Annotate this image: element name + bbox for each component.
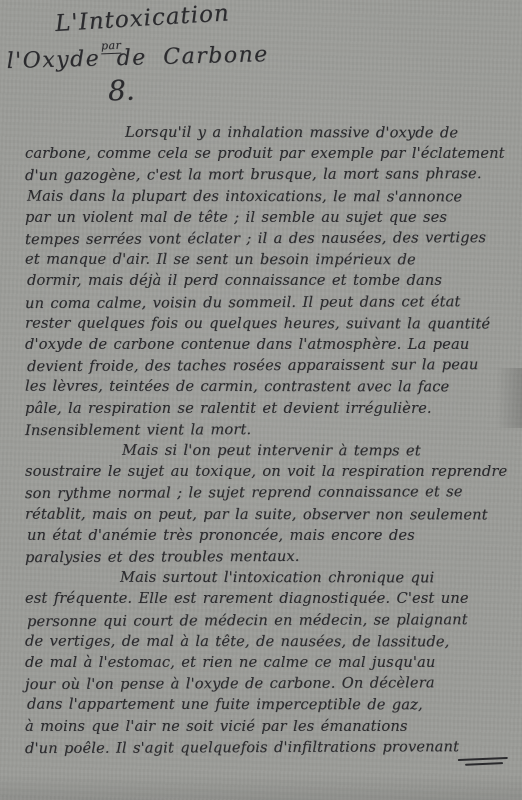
handwritten-line: d'un gazogène, c'est la mort brusque, la… <box>25 163 509 186</box>
handwritten-line: personne qui court de médecin en médecin… <box>27 609 509 632</box>
handwritten-line: Mais si l'on peut intervenir à temps et <box>27 440 509 462</box>
handwritten-line: Insensiblement vient la mort. <box>25 418 509 441</box>
handwritten-line: un coma calme, voisin du sommeil. Il peu… <box>25 291 509 314</box>
paper-edge-shadow <box>0 774 522 800</box>
handwritten-line: tempes serrées vont éclater ; il a des n… <box>25 227 509 250</box>
end-of-text-double-rule-icon <box>458 757 508 768</box>
handwritten-line: Lorsqu'il y a inhalation massive d'oxyde… <box>25 122 509 144</box>
handwritten-line: dans l'appartement une fuite imperceptib… <box>27 694 509 716</box>
handwritten-line: est fréquente. Elle est rarement diagnos… <box>25 588 509 609</box>
handwritten-line: soustraire le sujet au toxique, on voit … <box>25 461 509 482</box>
handwritten-line: paralysies et des troubles mentaux. <box>25 545 509 568</box>
handwritten-line: Mais dans la plupart des intoxications, … <box>27 185 509 207</box>
manuscript-body: Lorsqu'il y a inhalation massive d'oxyde… <box>25 122 509 758</box>
handwritten-line: et manque d'air. Il se sent un besoin im… <box>25 249 509 271</box>
handwritten-line: les lèvres, teintées de carmin, contrast… <box>25 376 509 398</box>
rule-bottom <box>465 762 503 766</box>
handwritten-line: à moins que l'air ne soit vicié par les … <box>25 716 509 737</box>
handwritten-line: pâle, la respiration se ralentit et devi… <box>25 398 509 419</box>
page-title-line2: l'Oxyde de Carbone <box>6 42 269 74</box>
manuscript-page: L'Intoxication par l'Oxyde de Carbone 8.… <box>0 0 522 800</box>
handwritten-line: rester quelques fois ou quelques heures,… <box>25 312 509 334</box>
handwritten-line: de mal à l'estomac, et rien ne calme ce … <box>25 652 509 673</box>
handwritten-line: jour où l'on pense à l'oxyde de carbone.… <box>25 672 509 695</box>
handwritten-line: carbone, comme cela se produit par exemp… <box>25 143 509 164</box>
section-number: 8. <box>107 74 135 108</box>
handwritten-line: son rythme normal ; le sujet reprend con… <box>25 481 509 504</box>
handwritten-line: de vertiges, de mal à la tête, de nausée… <box>25 630 509 652</box>
page-title-line1: L'Intoxication <box>54 0 230 37</box>
handwritten-line: un état d'anémie très prononcée, mais en… <box>27 525 509 546</box>
handwritten-line: rétablit, mais on peut, par la suite, ob… <box>25 503 509 525</box>
handwritten-line: devient froide, des taches rosées appara… <box>27 354 509 377</box>
handwritten-line: d'un poêle. Il s'agit quelquefois d'infi… <box>25 736 509 759</box>
handwritten-line: par un violent mal de tête ; il semble a… <box>25 207 509 228</box>
handwritten-line: d'oxyde de carbone contenue dans l'atmos… <box>25 334 509 355</box>
handwritten-line: dormir, mais déjà il perd connaissance e… <box>27 270 509 291</box>
handwritten-line: Mais surtout l'intoxication chronique qu… <box>25 567 509 589</box>
